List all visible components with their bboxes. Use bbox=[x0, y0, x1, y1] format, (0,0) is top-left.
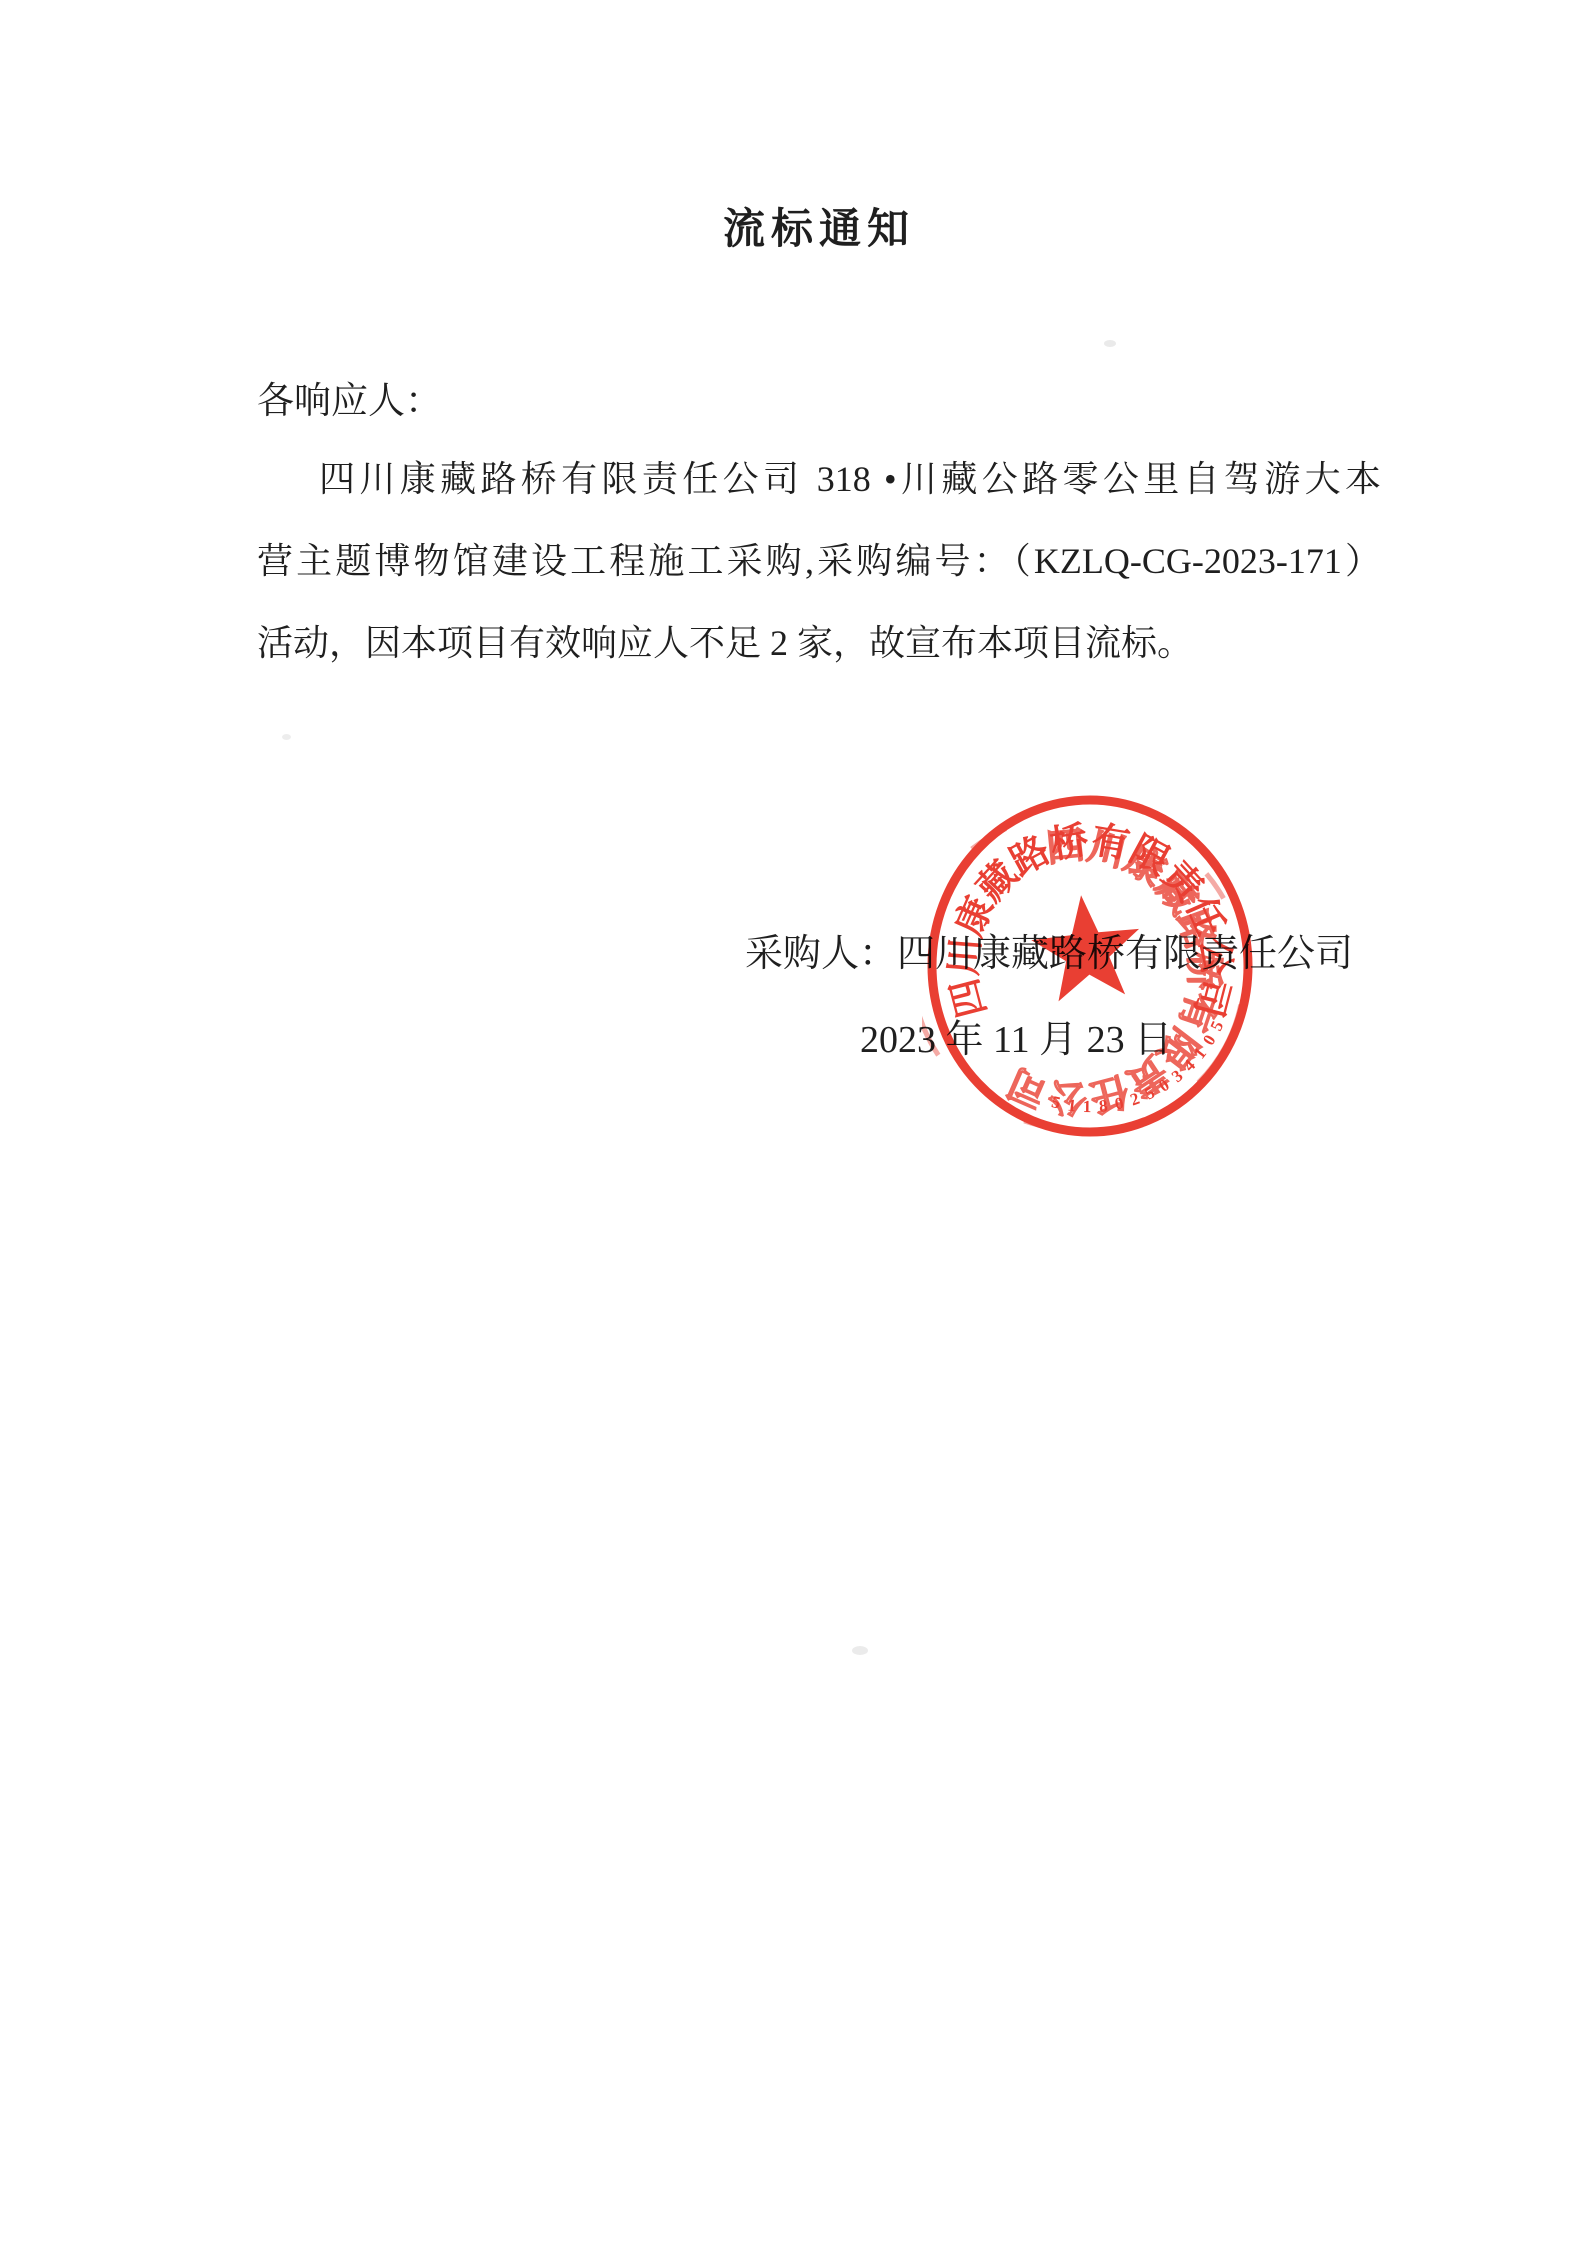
star-icon bbox=[1027, 890, 1146, 1004]
document-title: 流标通知 bbox=[257, 196, 1381, 256]
greeting-line: 各响应人： bbox=[257, 370, 442, 424]
body-paragraph-line: 活动，因本项目有效响应人不足 2 家，故宣布本项目流标。 bbox=[257, 620, 1381, 666]
document-page: 流标通知 各响应人： 四川康藏路桥有限责任公司 318 •川藏公路零公里自驾游大… bbox=[0, 0, 1587, 2244]
scan-speck bbox=[282, 734, 291, 740]
body-paragraph-line: 营主题博物馆建设工程施工采购,采购编号：（KZLQ-CG-2023-171） bbox=[257, 538, 1381, 584]
body-paragraph-line: 四川康藏路桥有限责任公司 318 •川藏公路零公里自驾游大本 bbox=[257, 456, 1381, 502]
scan-speck bbox=[852, 1646, 868, 1655]
company-seal-stamp: 四川康藏路桥有限责任公司 四川康藏路桥有限责任公司 5118025034105 bbox=[922, 794, 1258, 1142]
scan-speck bbox=[1104, 340, 1116, 347]
